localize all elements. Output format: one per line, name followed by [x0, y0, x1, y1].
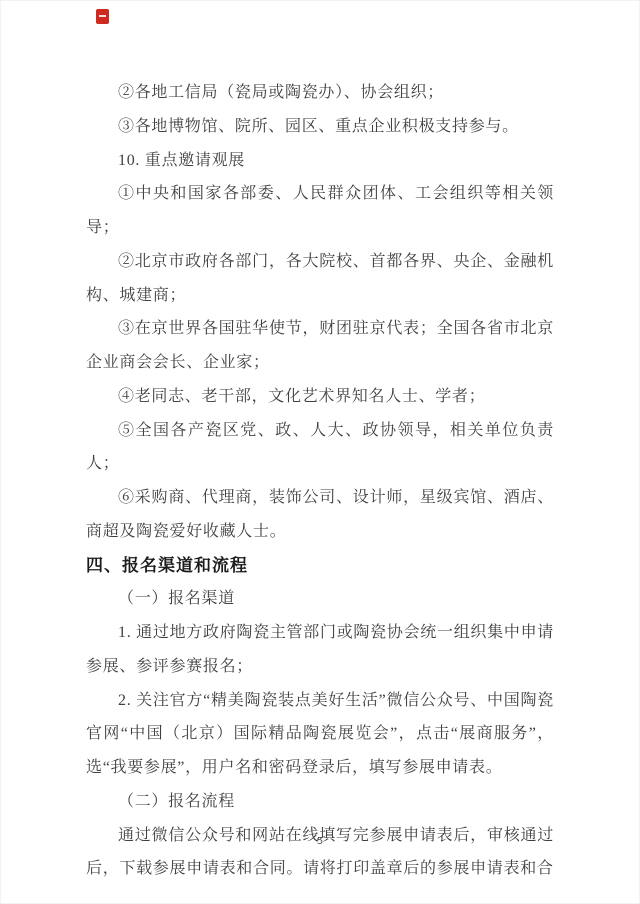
paragraph: 10. 重点邀请观展	[86, 144, 554, 178]
paragraph: （一）报名渠道	[86, 582, 554, 616]
paragraph: ③各地博物馆、院所、园区、重点企业积极支持参与。	[86, 110, 554, 144]
paragraph: ②各地工信局（瓷局或陶瓷办）、协会组织；	[86, 76, 554, 110]
paragraph: （二）报名流程	[86, 785, 554, 819]
paragraph: ①中央和国家各部委、人民群众团体、工会组织等相关领导；	[86, 177, 554, 245]
document-page: ②各地工信局（瓷局或陶瓷办）、协会组织；③各地博物馆、院所、园区、重点企业积极支…	[0, 0, 640, 904]
page-number: 5	[0, 836, 640, 847]
paragraph: 2. 关注官方“精美陶瓷装点美好生活”微信公众号、中国陶瓷官网“中国（北京）国际…	[86, 684, 554, 785]
section-heading: 四、报名渠道和流程	[86, 549, 554, 583]
paragraph: ②北京市政府各部门，各大院校、首都各界、央企、金融机构、城建商；	[86, 245, 554, 313]
paragraph: ⑤全国各产瓷区党、政、人大、政协领导，相关单位负责人；	[86, 414, 554, 482]
paragraph: ③在京世界各国驻华使节，财团驻京代表；全国各省市北京企业商会会长、企业家；	[86, 312, 554, 380]
red-corner-mark	[96, 9, 109, 24]
paragraph: 通过微信公众号和网站在线填写完参展申请表后，审核通过后，下载参展申请表和合同。请…	[86, 819, 554, 887]
document-body: ②各地工信局（瓷局或陶瓷办）、协会组织；③各地博物馆、院所、园区、重点企业积极支…	[86, 76, 554, 886]
paragraph: 1. 通过地方政府陶瓷主管部门或陶瓷协会统一组织集中申请参展、参评参赛报名；	[86, 616, 554, 684]
paragraph: ⑥采购商、代理商，装饰公司、设计师，星级宾馆、酒店、商超及陶瓷爱好收藏人士。	[86, 481, 554, 549]
paragraph: ④老同志、老干部，文化艺术界知名人士、学者；	[86, 380, 554, 414]
